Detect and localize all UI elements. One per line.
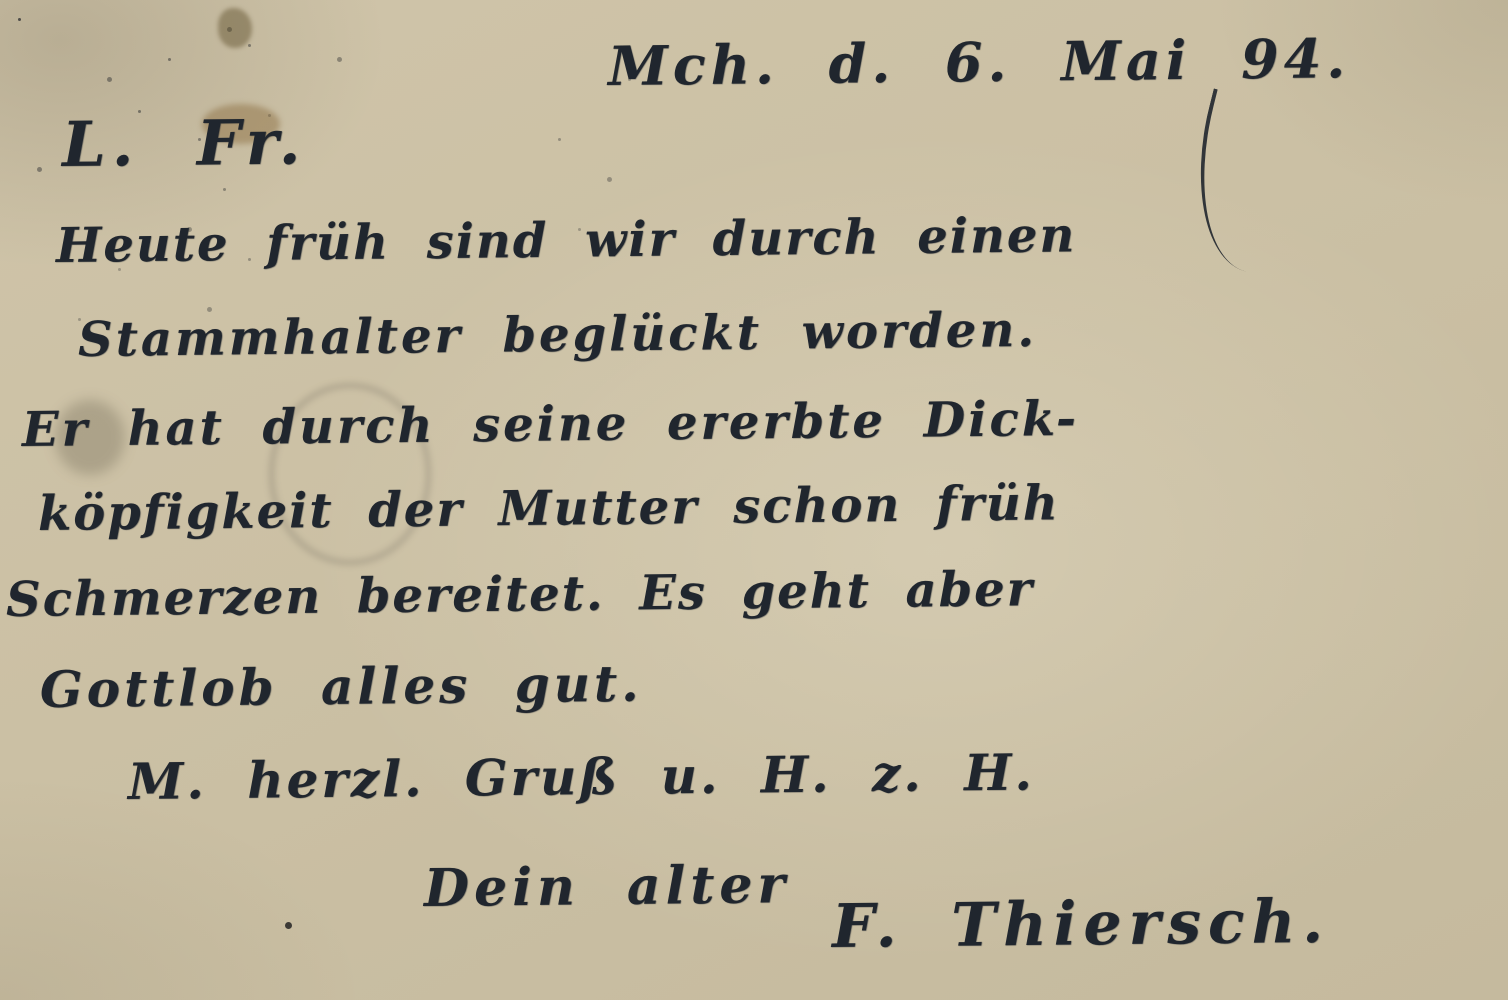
handwriting-line: Er hat durch seine ererbte Dick- [22, 391, 1079, 458]
valediction: Dein alter [424, 854, 790, 919]
handwriting-line: Schmerzen bereitet. Es geht aber [6, 561, 1035, 628]
stain-blot-top [218, 8, 252, 48]
ink-dot [285, 922, 292, 929]
handwriting-line: Heute früh sind wir durch einen [56, 207, 1077, 274]
postcard-paper: Mch. d. 6. Mai 94. L. Fr. Heute früh sin… [0, 0, 1508, 1000]
handwriting-line: Stammhalter beglückt worden. [78, 302, 1038, 368]
date-line: Mch. d. 6. Mai 94. [608, 26, 1351, 98]
closing-line: M. herzl. Gruß u. H. z. H. [128, 743, 1035, 811]
salutation: L. Fr. [62, 105, 307, 181]
handwriting-line: köpfigkeit der Mutter schon früh [38, 475, 1060, 542]
signature: F. Thiersch. [832, 887, 1331, 962]
handwriting-line: Gottlob alles gut. [40, 654, 643, 719]
numeral-descender-flourish [1173, 88, 1296, 273]
ink-speckles [18, 18, 21, 21]
